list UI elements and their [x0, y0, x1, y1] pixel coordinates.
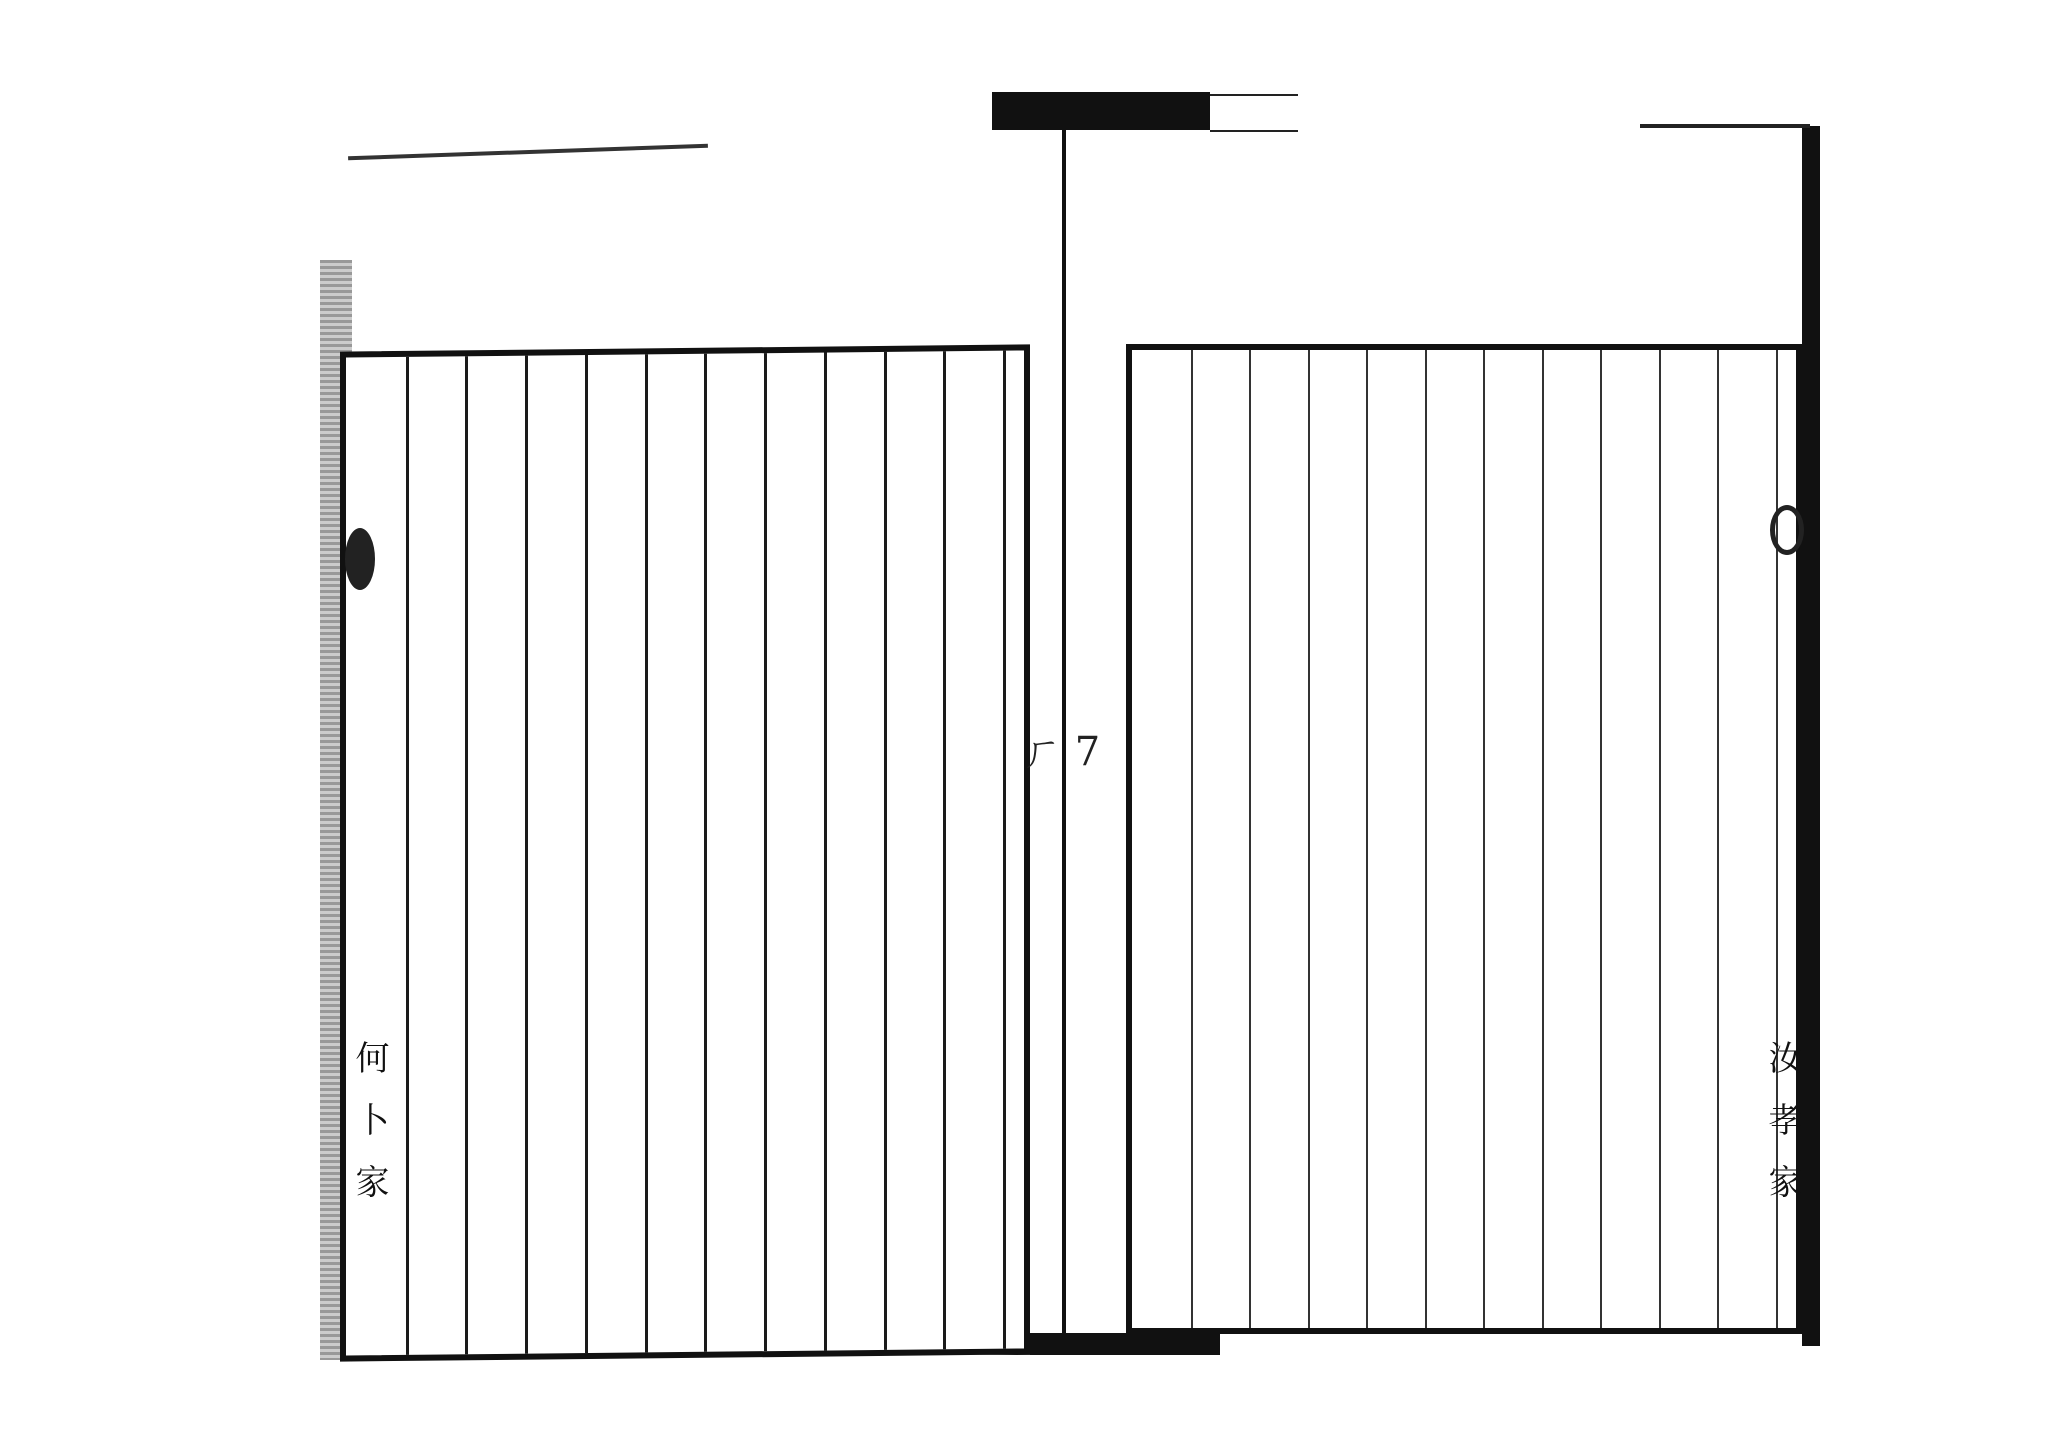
column-rule — [943, 351, 946, 1349]
column-rule — [645, 354, 648, 1352]
column-rule — [1600, 350, 1602, 1328]
column-rule — [824, 353, 827, 1351]
column-rule — [1425, 350, 1427, 1328]
column-rule — [1717, 350, 1719, 1328]
column-rule — [884, 352, 887, 1350]
column-rule — [1483, 350, 1485, 1328]
top-binding-bar-outline — [1210, 94, 1298, 132]
left-page-top-border — [348, 144, 708, 161]
binding-hole-left — [345, 528, 375, 590]
column-rule — [764, 353, 767, 1351]
column-rule — [585, 355, 588, 1353]
right-page-top-border — [1640, 124, 1810, 128]
binding-hole-right — [1770, 505, 1804, 555]
right-page-edge — [1802, 126, 1820, 1346]
column-rule — [406, 357, 409, 1355]
right-page-grid — [1126, 344, 1802, 1334]
column-rule — [704, 354, 707, 1352]
column-rule — [1249, 350, 1251, 1328]
top-binding-bar — [992, 92, 1210, 130]
column-rule — [1308, 350, 1310, 1328]
column-rule — [1542, 350, 1544, 1328]
right-margin-label: 汝孝家 — [1765, 1040, 1799, 1226]
column-rule — [1366, 350, 1368, 1328]
gutter-mark: ㄏ 7 — [1022, 720, 1100, 777]
column-rule — [525, 356, 528, 1354]
column-rule — [1003, 351, 1006, 1349]
column-rule — [465, 356, 468, 1354]
left-margin-label: 何卜家 — [352, 1040, 386, 1226]
column-rule — [1191, 350, 1193, 1328]
column-rule — [1659, 350, 1661, 1328]
left-page-grid — [340, 344, 1030, 1361]
